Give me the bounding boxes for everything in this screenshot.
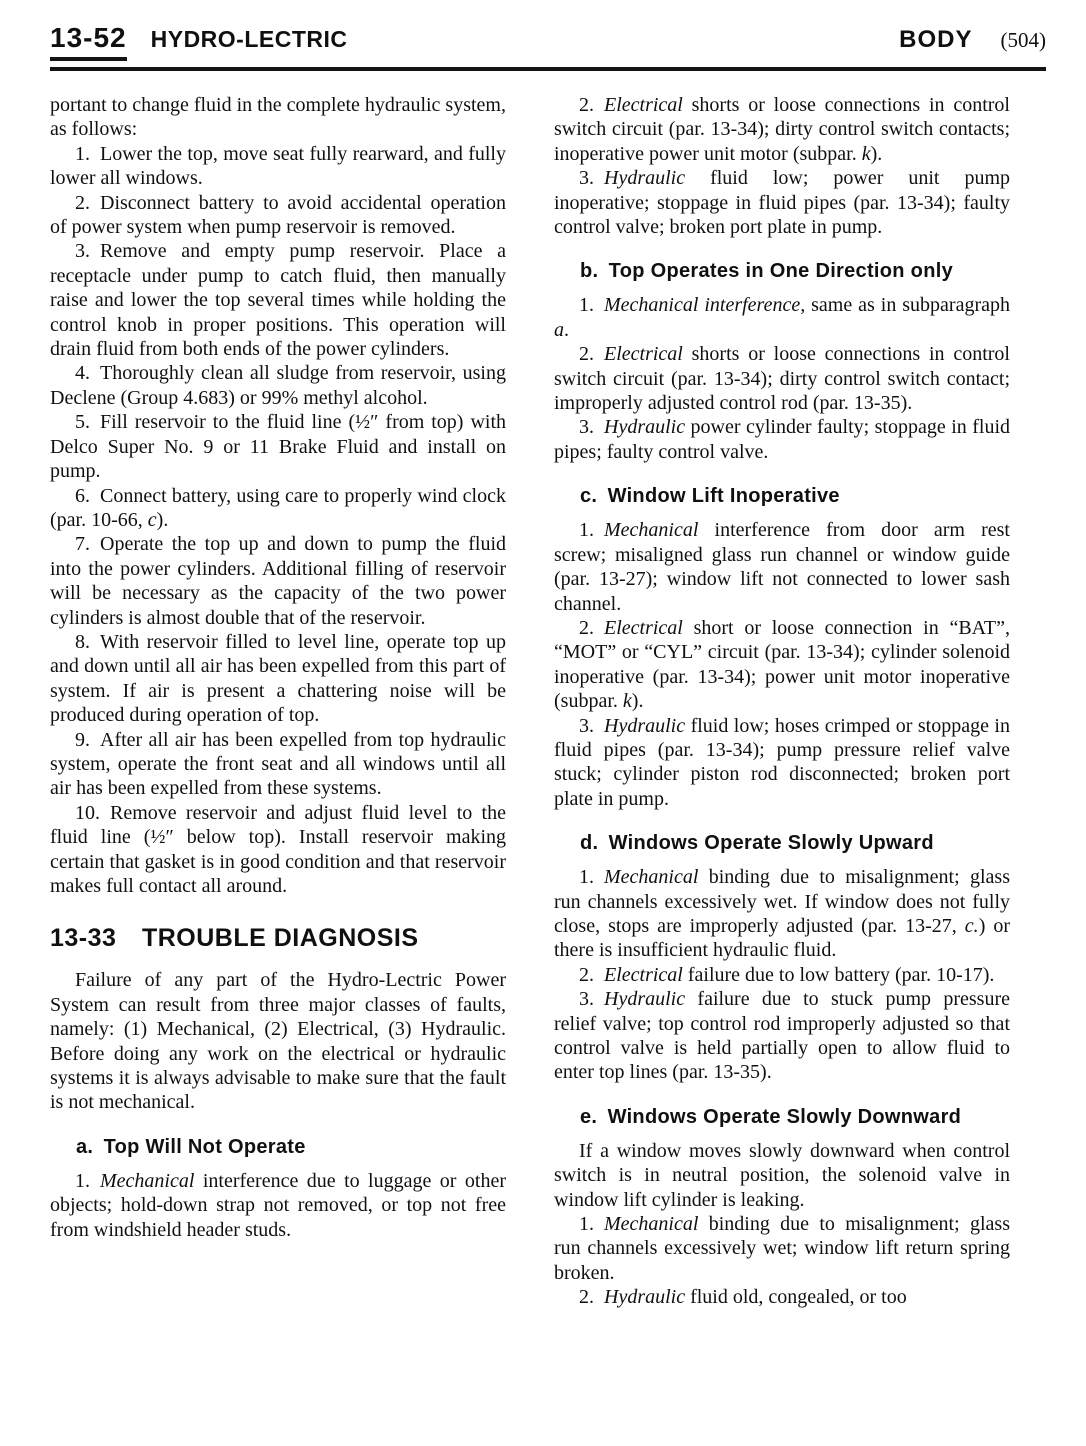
paragraph: 5. Fill reservoir to the fluid line (½″ …	[50, 410, 506, 483]
paragraph: 1. Mechanical binding due to misalignmen…	[554, 865, 1010, 963]
running-head: 13-52 HYDRO-LECTRIC BODY (504)	[50, 22, 1046, 71]
manual-page: 13-52 HYDRO-LECTRIC BODY (504) portant t…	[0, 0, 1086, 1446]
paragraph: 3. Hydraulic fluid low; power unit pump …	[554, 166, 1010, 239]
paragraph: 3. Remove and empty pump reservoir. Plac…	[50, 239, 506, 361]
paragraph: 8. With reservoir filled to level line, …	[50, 630, 506, 728]
paragraph: 2. Hydraulic fluid old, congealed, or to…	[554, 1285, 1010, 1309]
paragraph: 1. Mechanical interference from door arm…	[554, 518, 1010, 616]
subsection-heading: d. Windows Operate Slowly Upward	[554, 832, 1010, 855]
section-title: HYDRO-LECTRIC	[151, 26, 348, 53]
paragraph: 1. Lower the top, move seat fully rearwa…	[50, 142, 506, 191]
right-column: 2. Electrical shorts or loose connection…	[554, 93, 1010, 1310]
section-heading: 13-33 TROUBLE DIAGNOSIS	[50, 924, 506, 953]
left-column: portant to change fluid in the complete …	[50, 93, 506, 1310]
paragraph: 3. Hydraulic fluid low; hoses crimped or…	[554, 714, 1010, 812]
paragraph: 2. Electrical shorts or loose connection…	[554, 342, 1010, 415]
paragraph: 2. Electrical failure due to low battery…	[554, 963, 1010, 987]
paragraph: 9. After all air has been expelled from …	[50, 728, 506, 801]
paragraph: 3. Hydraulic power cylinder faulty; stop…	[554, 415, 1010, 464]
paragraph: Failure of any part of the Hydro-Lectric…	[50, 968, 506, 1114]
page-code: 13-52	[50, 22, 127, 61]
paragraph: 3. Hydraulic failure due to stuck pump p…	[554, 987, 1010, 1085]
paragraph: 1. Mechanical interference, same as in s…	[554, 293, 1010, 342]
paragraph: portant to change fluid in the complete …	[50, 93, 506, 142]
page-number: (504)	[1001, 28, 1047, 53]
paragraph: 2. Disconnect battery to avoid accidenta…	[50, 191, 506, 240]
paragraph: 4. Thoroughly clean all sludge from rese…	[50, 361, 506, 410]
running-head-right: BODY (504)	[899, 26, 1046, 54]
paragraph: If a window moves slowly downward when c…	[554, 1139, 1010, 1212]
subsection-heading: a. Top Will Not Operate	[50, 1136, 506, 1159]
subsection-heading: e. Windows Operate Slowly Downward	[554, 1106, 1010, 1129]
text-columns: portant to change fluid in the complete …	[50, 93, 1046, 1310]
paragraph: 2. Electrical shorts or loose connection…	[554, 93, 1010, 166]
paragraph: 7. Operate the top up and down to pump t…	[50, 532, 506, 630]
paragraph: 2. Electrical short or loose connection …	[554, 616, 1010, 714]
paragraph: 10. Remove reservoir and adjust fluid le…	[50, 801, 506, 899]
paragraph: 6. Connect battery, using care to proper…	[50, 484, 506, 533]
subsection-heading: b. Top Operates in One Direction only	[554, 260, 1010, 283]
chapter-title: BODY	[899, 26, 972, 54]
paragraph: 1. Mechanical interference due to luggag…	[50, 1169, 506, 1242]
subsection-heading: c. Window Lift Inoperative	[554, 485, 1010, 508]
paragraph: 1. Mechanical binding due to misalignmen…	[554, 1212, 1010, 1285]
